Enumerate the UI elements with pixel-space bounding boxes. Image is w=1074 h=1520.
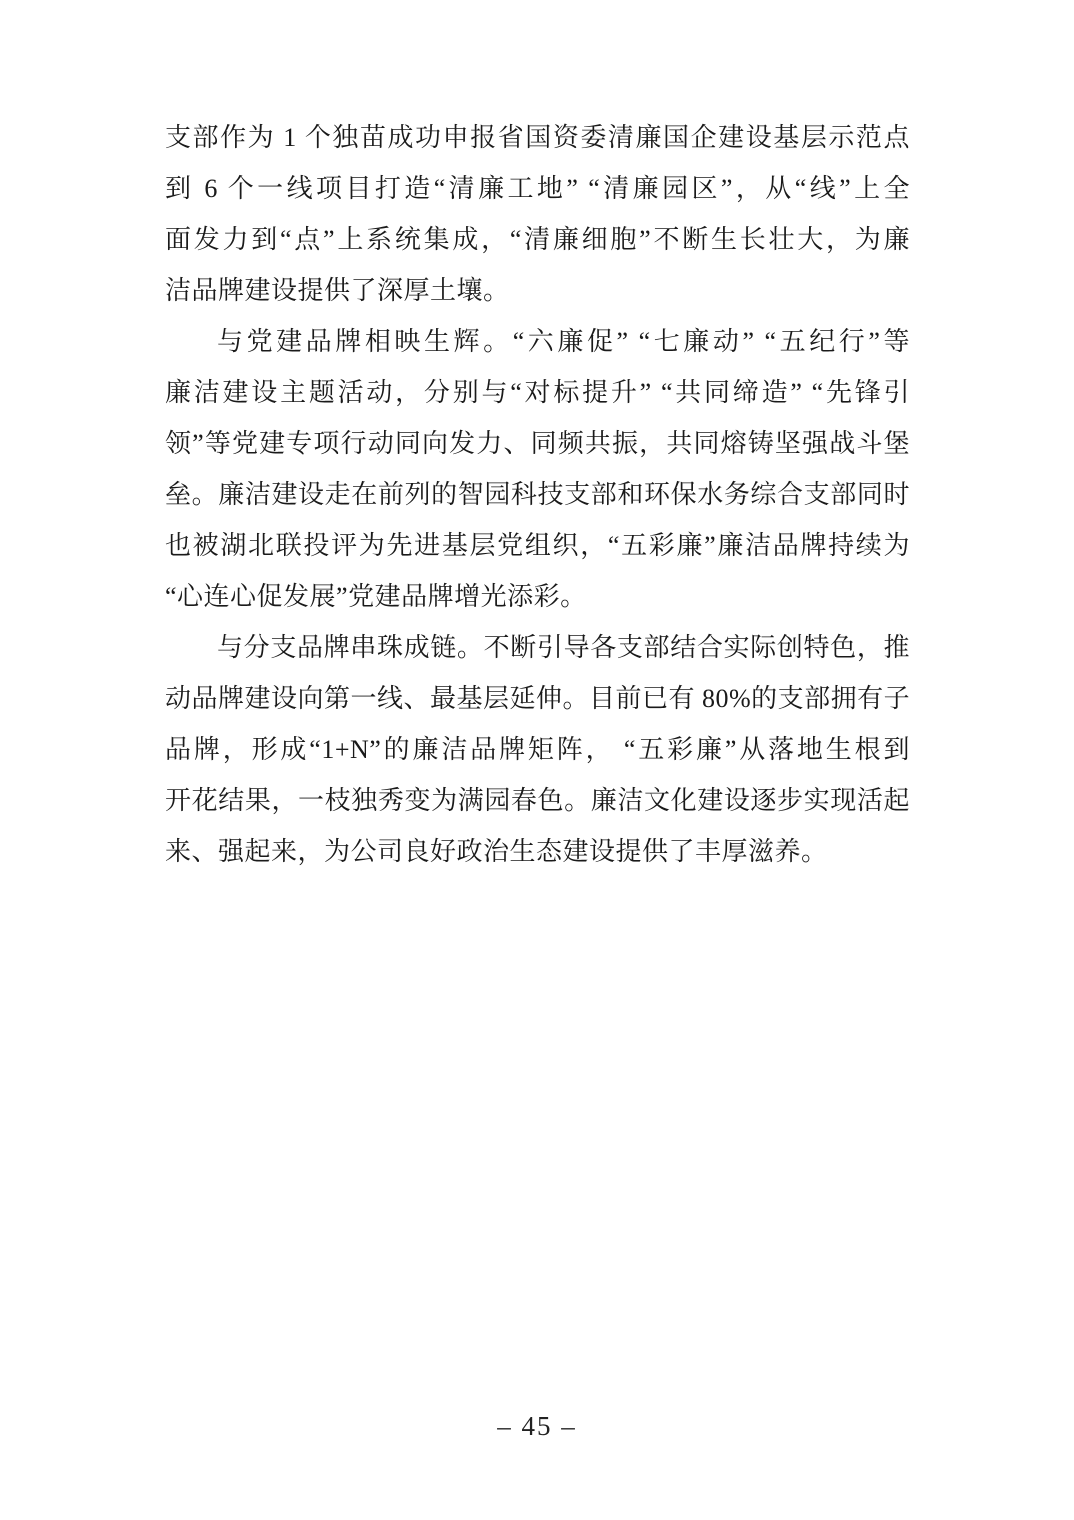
- body-line: 开花结果，一枝独秀变为满园春色。廉洁文化建设逐步实现活起: [165, 775, 910, 826]
- body-line: 与党建品牌相映生辉。“六廉促” “七廉动” “五纪行”等: [165, 316, 910, 367]
- body-line: 动品牌建设向第一线、最基层延伸。目前已有 80%的支部拥有子: [165, 673, 910, 724]
- page-number: – 45 –: [497, 1411, 577, 1441]
- document-body: 支部作为 1 个独苗成功申报省国资委清廉国企建设基层示范点 到 6 个一线项目打…: [165, 112, 910, 877]
- body-line: 与分支品牌串珠成链。不断引导各支部结合实际创特色，推: [165, 622, 910, 673]
- page-footer: – 45 –: [0, 1406, 1074, 1446]
- body-line: 支部作为 1 个独苗成功申报省国资委清廉国企建设基层示范点: [165, 112, 910, 163]
- body-line: 品牌，形成“1+N”的廉洁品牌矩阵， “五彩廉”从落地生根到: [165, 724, 910, 775]
- document-page: 支部作为 1 个独苗成功申报省国资委清廉国企建设基层示范点 到 6 个一线项目打…: [0, 0, 1074, 1520]
- body-line: 洁品牌建设提供了深厚土壤。: [165, 265, 910, 316]
- body-line: 到 6 个一线项目打造“清廉工地” “清廉园区”，从“线”上全: [165, 163, 910, 214]
- body-line: “心连心促发展”党建品牌增光添彩。: [165, 571, 910, 622]
- body-line: 廉洁建设主题活动，分别与“对标提升” “共同缔造” “先锋引: [165, 367, 910, 418]
- body-line: 也被湖北联投评为先进基层党组织，“五彩廉”廉洁品牌持续为: [165, 520, 910, 571]
- body-line: 来、强起来，为公司良好政治生态建设提供了丰厚滋养。: [165, 826, 910, 877]
- body-line: 面发力到“点”上系统集成，“清廉细胞”不断生长壮大，为廉: [165, 214, 910, 265]
- body-line: 垒。廉洁建设走在前列的智园科技支部和环保水务综合支部同时: [165, 469, 910, 520]
- body-line: 领”等党建专项行动同向发力、同频共振，共同熔铸坚强战斗堡: [165, 418, 910, 469]
